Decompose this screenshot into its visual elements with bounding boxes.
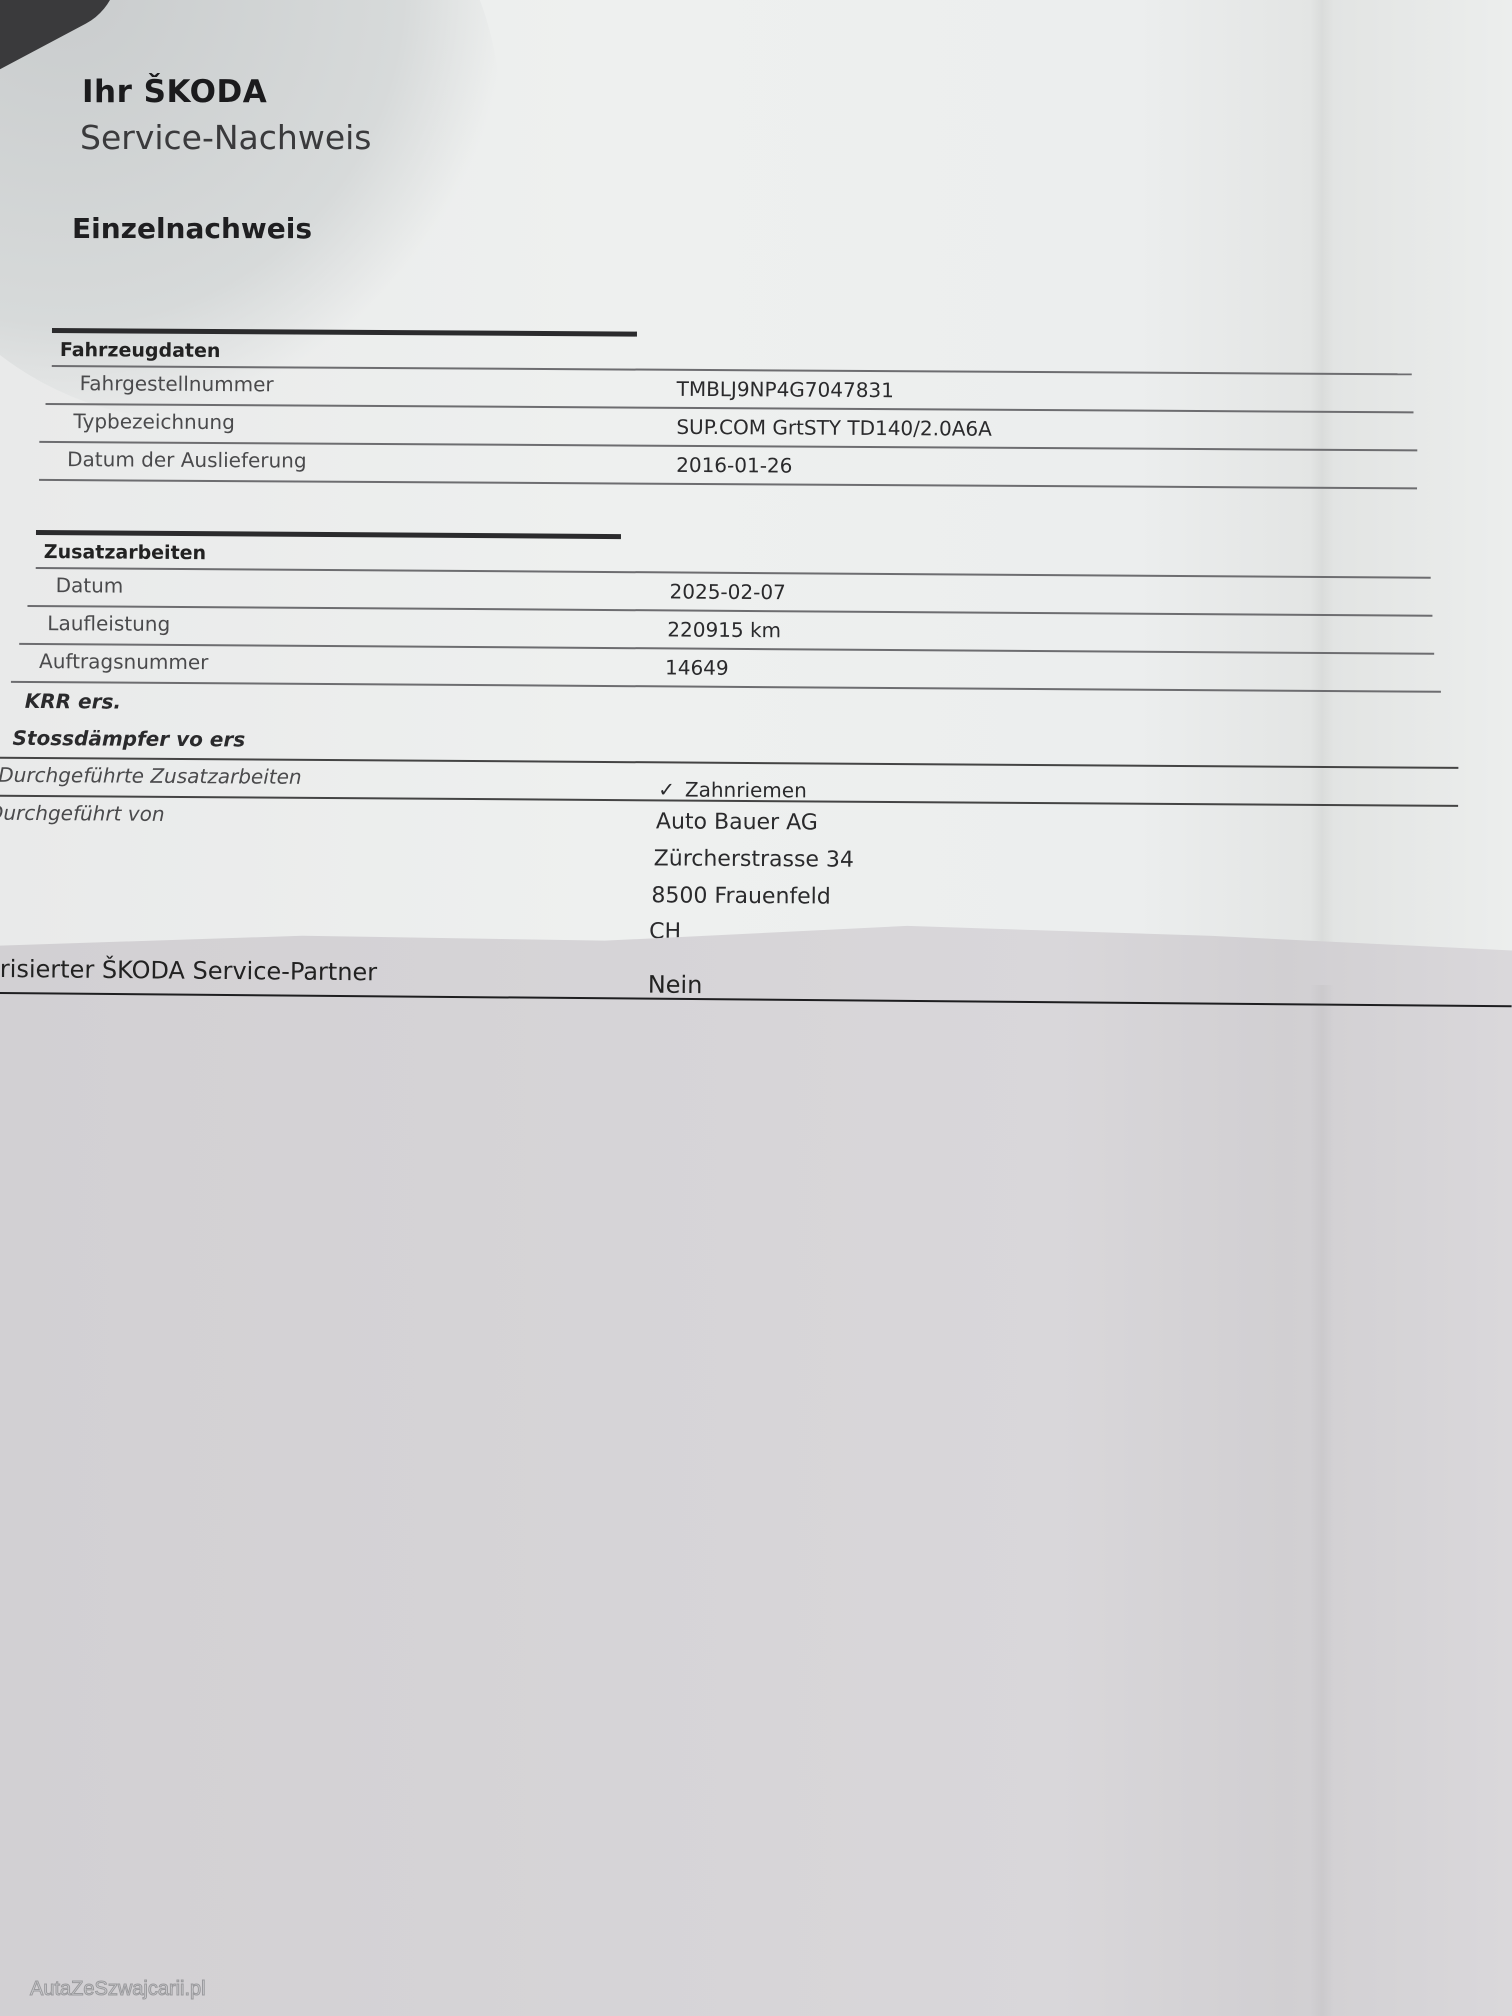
note-text: Stossdämpfer vo ers	[12, 726, 245, 752]
dark-corner-background	[0, 0, 139, 71]
watermark: AutaZeSzwajcarii.pl	[30, 1978, 206, 2001]
paper-fold	[1310, 985, 1334, 2016]
vin-value: TMBLJ9NP4G7047831	[677, 377, 894, 402]
table-row: Datum der Auslieferung 2016-01-26	[39, 441, 1417, 489]
section-bar	[52, 328, 637, 337]
document-heading: Einzelnachweis	[72, 212, 312, 245]
vehicle-data-section: Fahrzeugdaten Fahrgestellnummer TMBLJ9NP…	[51, 328, 1502, 490]
order-number-value: 14649	[665, 655, 729, 679]
document-subtitle: Service-Nachweis	[80, 118, 372, 157]
work-date-value: 2025-02-07	[670, 579, 786, 604]
type-value: SUP.COM GrtSTY TD140/2.0A6A	[676, 415, 992, 441]
row-label: Laufleistung	[47, 611, 170, 636]
row-label: Auftragsnummer	[39, 649, 208, 674]
row-label: Durchgeführt von	[0, 801, 165, 826]
address-line: 8500 Frauenfeld	[651, 883, 831, 909]
note-text: KRR ers.	[25, 689, 121, 714]
row-label: risierter ŠKODA Service-Partner	[0, 955, 377, 986]
address-line: Auto Bauer AG	[656, 809, 818, 835]
row-label: Durchgeführte Zusatzarbeiten	[0, 763, 302, 789]
additional-work-section: Zusatzarbeiten Datum 2025-02-07 Laufleis…	[33, 530, 1486, 967]
delivery-date-value: 2016-01-26	[676, 453, 792, 478]
section-bar	[36, 530, 621, 539]
row-label: Typbezeichnung	[73, 409, 235, 434]
row-label: Datum	[56, 573, 124, 597]
row-label: Datum der Auslieferung	[67, 447, 307, 472]
address-line: Zürcherstrasse 34	[654, 846, 854, 872]
row-label: Fahrgestellnummer	[80, 371, 274, 396]
section-title: Fahrzeugdaten	[60, 339, 1502, 370]
performed-item-label: Zahnriemen	[685, 778, 807, 803]
checkmark-icon: ✓	[658, 777, 675, 801]
service-record-sheet: Ihr ŠKODA Service-Nachweis Einzelnachwei…	[0, 0, 1512, 985]
brand-title: Ihr ŠKODA	[82, 74, 267, 110]
mileage-value: 220915 km	[667, 617, 781, 642]
authorized-partner-value: Nein	[648, 971, 703, 999]
